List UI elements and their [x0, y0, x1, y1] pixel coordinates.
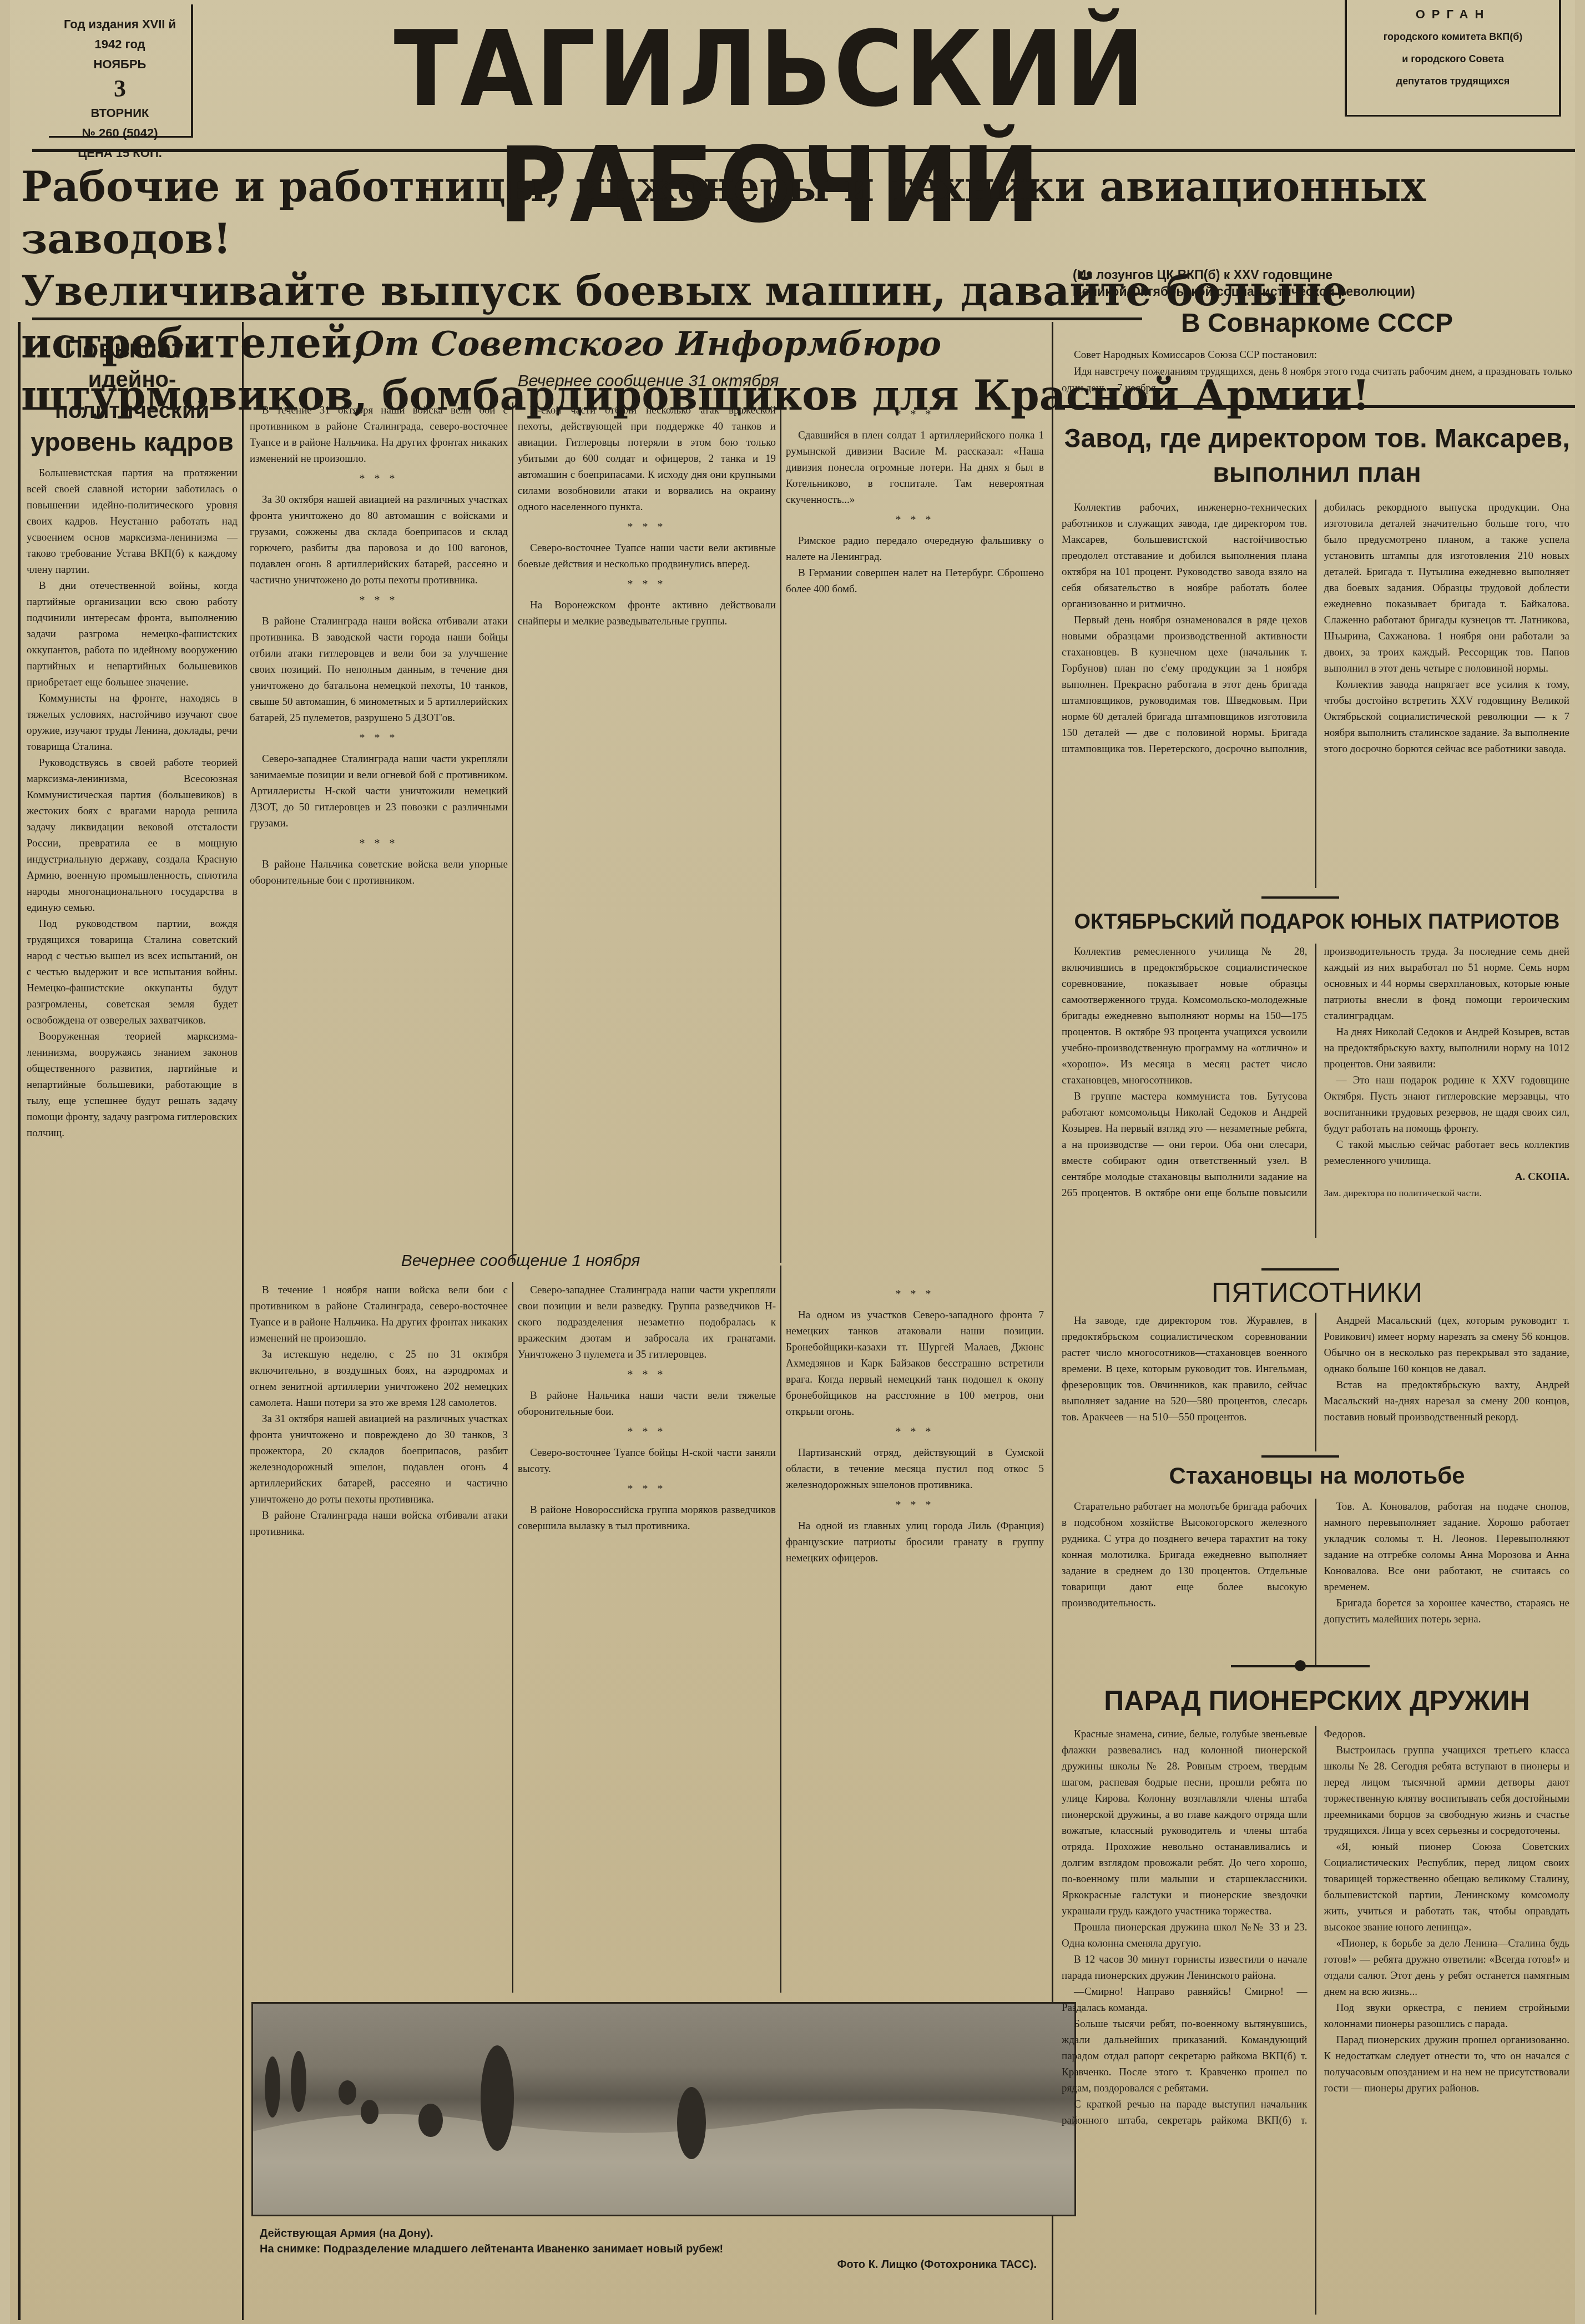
slogan-source-line: Великой Октябрьской социалистической рев… — [1073, 283, 1415, 300]
paragraph: В Германии совершен налет на Петербург. … — [786, 565, 1044, 597]
paragraph: Руководствуясь в своей работе теорией ма… — [27, 755, 238, 916]
paragraph: Северо-западнее Сталинграда наши части у… — [250, 751, 508, 831]
pioneer-parade-body: Красные знамена, синие, белые, голубые з… — [1062, 1726, 1569, 2315]
separator-stars: * * * — [786, 1498, 1044, 1514]
paragraph: В районе Новороссийска группа моряков ра… — [518, 1502, 776, 1534]
sovnarkom-title: В Совнаркоме СССР — [1059, 308, 1575, 339]
paragraph: Бригада борется за хорошее качество, ста… — [1324, 1595, 1570, 1627]
paragraph: Северо-восточнее Туапсе наши части вели … — [518, 540, 776, 572]
organ-line: городского комитета ВКП(б) — [1347, 26, 1559, 48]
editorial-title-line: идейно-политический — [27, 364, 238, 426]
slogan-line: Рабочие и работницы, инженеры и техники … — [21, 161, 1575, 265]
factory-article-title: Завод, где директором тов. Максарев, вып… — [1059, 422, 1575, 491]
soldiers-photo-icon — [253, 2004, 1074, 2215]
young-patriots-body: Коллектив ремесленного училища № 28, вкл… — [1062, 944, 1569, 1238]
paragraph: В районе Нальчика наши части вели тяжелы… — [518, 1388, 776, 1420]
paragraph: Коллектив ремесленного училища № 28, вкл… — [1062, 944, 1308, 1088]
photo-caption: Действующая Армия (на Дону). На снимке: … — [260, 2226, 1037, 2272]
paragraph: Вооруженная теорией марксизма-ленинизма,… — [27, 1029, 238, 1141]
year: 1942 год — [49, 34, 191, 54]
section-divider — [1059, 405, 1575, 408]
caption-line: На снимке: Подразделение младшего лейтен… — [260, 2241, 1037, 2257]
month: НОЯБРЬ — [49, 54, 191, 74]
masthead-divider — [32, 149, 1575, 152]
editorial-title-line: Повышать — [27, 333, 238, 364]
paragraph: «Пионер, к борьбе за дело Ленина—Сталина… — [1324, 1935, 1570, 2000]
short-divider — [1261, 1455, 1339, 1458]
organ-line: и городского Совета — [1347, 48, 1559, 70]
issue-number: № 260 (5042) — [49, 123, 191, 143]
caption-line: Действующая Армия (на Дону). — [260, 2226, 1037, 2241]
column-rule — [512, 1282, 513, 1993]
column-rule — [780, 1266, 781, 1993]
threshing-title: Стахановцы на молотьбе — [1059, 1463, 1575, 1489]
separator-stars: * * * — [518, 1424, 776, 1440]
newspaper-page: Год издания XVII й 1942 год НОЯБРЬ 3 ВТО… — [10, 0, 1575, 2324]
threshing-body: Старательно работает на молотьбе бригада… — [1062, 1499, 1569, 1665]
signature: А. СКОПА. — [1324, 1169, 1570, 1185]
paragraph: Под звуки оркестра, с пением стройными к… — [1324, 2000, 1570, 2032]
slogan-source: (Из лозунгов ЦК ВКП(б) к XXV годовщине В… — [1073, 266, 1415, 300]
paragraph: Сдавшийся в плен солдат 1 артиллерийског… — [786, 427, 1044, 508]
slogan-divider — [32, 317, 1142, 320]
paragraph: В течение 1 ноября наши войска вели бои … — [250, 1282, 508, 1347]
editorial-title: Повышать идейно-политический уровень кад… — [27, 333, 238, 457]
paragraph: С такой мыслью сейчас работает весь колл… — [1324, 1137, 1570, 1169]
paragraph: Под руководством партии, вождя трудящихс… — [27, 916, 238, 1029]
report-column-3: * * * Сдавшийся в плен солдат 1 артиллер… — [786, 402, 1044, 597]
paragraph: На заводе, где директором тов. Журавлев,… — [1062, 1313, 1308, 1425]
editorial-body: Большевистская партия на протяжении всей… — [27, 465, 238, 1141]
separator-stars: * * * — [518, 1481, 776, 1498]
separator-stars: * * * — [518, 577, 776, 593]
organ-box: ОРГАН городского комитета ВКП(б) и город… — [1345, 0, 1561, 117]
slogan-source-line: (Из лозунгов ЦК ВКП(б) к XXV годовщине — [1073, 266, 1415, 283]
paragraph: В районе Сталинграда наши войска отбивал… — [250, 1508, 508, 1540]
organ-heading: ОРГАН — [1347, 3, 1559, 26]
paragraph: Больше тысячи ребят, по-военному вытянув… — [1062, 2016, 1308, 2096]
evening-report-title: Вечернее сообщение 31 октября — [249, 372, 1048, 391]
paragraph: Коммунисты на фронте, находясь в тяжелых… — [27, 690, 238, 755]
divider-dot-icon — [1295, 1660, 1306, 1671]
paragraph: Встав на предоктябрьскую вахту, Андрей М… — [1324, 1377, 1570, 1425]
day: 3 — [49, 74, 191, 103]
paragraph: На одной из главных улиц города Лиль (Фр… — [786, 1518, 1044, 1566]
paragraph: На Воронежском фронте активно действовал… — [518, 597, 776, 629]
separator-stars: * * * — [786, 407, 1044, 423]
paragraph: В дни отечественной войны, когда партийн… — [27, 578, 238, 690]
short-divider — [1261, 896, 1339, 899]
paragraph: —Смирно! Направо равняйсь! Смирно! — Раз… — [1062, 1984, 1308, 2016]
paragraph: На днях Николай Седоков и Андрей Козырев… — [1324, 1024, 1570, 1072]
report-column-2: Н-ской части отбили несколько атак враже… — [518, 402, 776, 629]
paragraph: Андрей Масальский (цех, которым руководи… — [1324, 1313, 1570, 1377]
separator-stars: * * * — [250, 730, 508, 747]
separator-stars: * * * — [518, 1367, 776, 1383]
paragraph: За истекшую неделю, с 25 по 31 октября в… — [250, 1347, 508, 1411]
separator-stars: * * * — [518, 520, 776, 536]
editorial-title-line: уровень кадров — [27, 426, 238, 457]
separator-stars: * * * — [786, 1424, 1044, 1440]
paragraph: Северо-восточнее Туапсе бойцы Н-ской час… — [518, 1445, 776, 1477]
paragraph: — Это наш подарок родине к XXV годовщине… — [1324, 1072, 1570, 1137]
year-of-issue: Год издания XVII й — [49, 14, 191, 34]
column-rule — [512, 402, 513, 1263]
paragraph: Идя навстречу пожеланиям трудящихся, ден… — [1062, 364, 1572, 397]
paragraph: Большевистская партия на протяжении всей… — [27, 465, 238, 578]
paragraph: Тов. А. Коновалов, работая на подаче сно… — [1324, 1499, 1570, 1595]
pioneer-parade-title: ПАРАД ПИОНЕРСКИХ ДРУЖИН — [1059, 1685, 1575, 1717]
paragraph: На одном из участков Северо-западного фр… — [786, 1307, 1044, 1420]
paragraph: Северо-западнее Сталинграда наши части у… — [518, 1282, 776, 1363]
paragraph: Партизанский отряд, действующий в Сумско… — [786, 1445, 1044, 1493]
paragraph: Н-ской части отбили несколько атак враже… — [518, 402, 776, 515]
paragraph: «Я, юный пионер Союза Советских Социалис… — [1324, 1839, 1570, 1935]
paragraph: В районе Сталинграда наши войска отбивал… — [250, 613, 508, 726]
photo-credit: Фото К. Лищко (Фотохроника ТАСС). — [260, 2257, 1037, 2272]
title-line: Завод, где директором тов. Максарев, — [1059, 422, 1575, 456]
title-line: выполнил план — [1059, 456, 1575, 491]
report2-column-3: * * * На одном из участков Северо-западн… — [786, 1282, 1044, 1566]
factory-article-body: Коллектив рабочих, инженерно-технических… — [1062, 500, 1569, 888]
column-rule — [242, 322, 244, 2320]
five-hundreders-body: На заводе, где директором тов. Журавлев,… — [1062, 1313, 1569, 1451]
editorial: Повышать идейно-политический уровень кад… — [27, 333, 238, 1141]
price: ЦЕНА 15 КОП. — [49, 143, 191, 163]
war-photo — [251, 2002, 1076, 2216]
paragraph: Римское радио передало очередную фальшив… — [786, 533, 1044, 565]
organ-line: депутатов трудящихся — [1347, 70, 1559, 92]
paragraph: Красные знамена, синие, белые, голубые з… — [1062, 1726, 1308, 1919]
paragraph: Прошла пионерская дружина школ №№ 33 и 2… — [1062, 1919, 1308, 1952]
young-patriots-title: ОКТЯБРЬСКИЙ ПОДАРОК ЮНЫХ ПАТРИОТОВ — [1059, 910, 1575, 934]
separator-stars: * * * — [250, 471, 508, 487]
paragraph: В районе Нальчика советские войска вели … — [250, 856, 508, 889]
sovinformburo-title: От Советского Информбюро — [249, 322, 1048, 366]
paragraph: Выстроилась группа учащихся третьего кла… — [1324, 1742, 1570, 1839]
issue-date-box: Год издания XVII й 1942 год НОЯБРЬ 3 ВТО… — [49, 4, 193, 138]
paragraph: В 12 часов 30 минут горнисты известили о… — [1062, 1952, 1308, 1984]
separator-stars: * * * — [250, 593, 508, 609]
sovnarkom-body: Совет Народных Комиссаров Союза ССР пост… — [1062, 347, 1572, 397]
separator-stars: * * * — [786, 1287, 1044, 1303]
paragraph: Коллектив завода напрягает все усилия к … — [1324, 677, 1570, 757]
paragraph: Парад пионерских дружин прошел организов… — [1324, 2032, 1570, 2096]
five-hundreders-title: ПЯТИСОТНИКИ — [1059, 1277, 1575, 1309]
column-rule — [780, 402, 781, 1263]
short-divider — [1261, 1268, 1339, 1271]
paragraph: За 30 октября нашей авиацией на различны… — [250, 492, 508, 588]
evening-report-title: Вечернее сообщение 1 ноября — [249, 1252, 792, 1271]
report2-column-2: Северо-западнее Сталинграда наши части у… — [518, 1282, 776, 1534]
left-border — [18, 322, 21, 2320]
paragraph: За 31 октября нашей авиацией на различны… — [250, 1411, 508, 1508]
separator-stars: * * * — [250, 836, 508, 852]
paragraph: Коллектив рабочих, инженерно-технических… — [1062, 500, 1308, 612]
paragraph: Старательно работает на молотьбе бригада… — [1062, 1499, 1308, 1611]
signature-role: Зам. директора по политической части. — [1324, 1185, 1570, 1201]
report2-column-1: В течение 1 ноября наши войска вели бои … — [250, 1282, 508, 1540]
separator-stars: * * * — [786, 512, 1044, 528]
paragraph: В течение 31 октября наши войска вели бо… — [250, 402, 508, 467]
report-column-1: В течение 31 октября наши войска вели бо… — [250, 402, 508, 889]
weekday: ВТОРНИК — [49, 103, 191, 123]
paragraph: Совет Народных Комиссаров Союза ССР пост… — [1062, 347, 1572, 364]
